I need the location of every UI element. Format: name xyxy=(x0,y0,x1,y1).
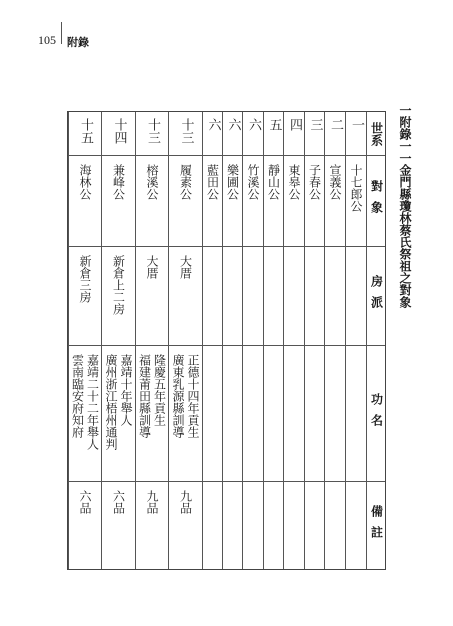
remarks-cell: 六品 xyxy=(69,482,101,570)
honors-cell: 隆慶五年貢生福建莆田縣訓導 xyxy=(136,346,168,481)
table-row: 五 靜山公 xyxy=(263,112,283,569)
header-honors: 功名 xyxy=(367,346,386,481)
header-branch: 房派 xyxy=(367,247,386,345)
honors-cell: 嘉靖二十二年舉人雲南臨安府知府 xyxy=(69,346,101,481)
generation-cell: 四 xyxy=(284,112,304,155)
remarks-cell: 九品 xyxy=(136,482,168,570)
header-remarks: 備註 xyxy=(367,482,386,570)
generation-cell: 一 xyxy=(346,112,366,155)
subject-cell: 十七郎公 xyxy=(346,156,366,246)
appendix-title: 一附錄一一金門縣瓊林蔡氏祭祖之對象 xyxy=(396,104,412,308)
branch-cell: 新倉上二房 xyxy=(102,247,135,345)
generation-cell: 十五 xyxy=(69,112,101,155)
header-divider xyxy=(61,22,62,44)
subject-cell: 樂圃公 xyxy=(223,156,242,246)
subject-cell: 宣義公 xyxy=(325,156,345,246)
generation-cell: 六 xyxy=(223,112,242,155)
table-row: 六 藍田公 xyxy=(202,112,222,569)
branch-cell: 大厝 xyxy=(136,247,168,345)
generation-cell: 十三 xyxy=(136,112,168,155)
header-generation: 世系 xyxy=(367,112,386,155)
subject-cell: 竹溪公 xyxy=(243,156,263,246)
running-head: 105 xyxy=(38,33,56,47)
subject-cell: 履素公 xyxy=(169,156,202,246)
remarks-cell: 六品 xyxy=(102,482,135,570)
subject-cell: 兼峰公 xyxy=(102,156,135,246)
table-row: 十五 海林公 新倉三房 嘉靖二十二年舉人雲南臨安府知府 六品 xyxy=(68,112,101,569)
branch-cell: 大厝 xyxy=(169,247,202,345)
table-row: 六 樂圃公 xyxy=(222,112,242,569)
generation-cell: 二 xyxy=(325,112,345,155)
table-row: 十四 兼峰公 新倉上二房 嘉靖十年舉人廣州浙江梧州通判 六品 xyxy=(101,112,135,569)
page-number: 105 xyxy=(38,33,56,48)
generation-cell: 三 xyxy=(305,112,324,155)
subject-cell: 榕溪公 xyxy=(136,156,168,246)
generation-cell: 十三 xyxy=(169,112,202,155)
remarks-cell: 九品 xyxy=(169,482,202,570)
generation-cell: 六 xyxy=(203,112,222,155)
subject-cell: 靜山公 xyxy=(264,156,283,246)
branch-cell: 新倉三房 xyxy=(69,247,101,345)
generation-cell: 十四 xyxy=(102,112,135,155)
header-subject: 對象 xyxy=(367,156,386,246)
ancestor-table: 世系 對象 房派 功名 備註 一 十七郎公 二 宣義公 三 子春公 四 東皋公 … xyxy=(67,111,386,570)
generation-cell: 五 xyxy=(264,112,283,155)
subject-cell: 東皋公 xyxy=(284,156,304,246)
header-column: 世系 對象 房派 功名 備註 xyxy=(366,112,386,569)
table-row: 十三 榕溪公 大厝 隆慶五年貢生福建莆田縣訓導 九品 xyxy=(135,112,168,569)
table-row: 十三 履素公 大厝 正德十四年貢生廣東乳源縣訓導 九品 xyxy=(168,112,202,569)
table-row: 三 子春公 xyxy=(304,112,324,569)
section-name: 附錄 xyxy=(67,34,89,50)
honors-cell: 嘉靖十年舉人廣州浙江梧州通判 xyxy=(102,346,135,481)
subject-cell: 海林公 xyxy=(69,156,101,246)
table-row: 六 竹溪公 xyxy=(242,112,263,569)
subject-cell: 藍田公 xyxy=(203,156,222,246)
subject-cell: 子春公 xyxy=(305,156,324,246)
table-row: 一 十七郎公 xyxy=(345,112,366,569)
table-row: 四 東皋公 xyxy=(283,112,304,569)
honors-cell: 正德十四年貢生廣東乳源縣訓導 xyxy=(169,346,202,481)
table-row: 二 宣義公 xyxy=(324,112,345,569)
generation-cell: 六 xyxy=(243,112,263,155)
